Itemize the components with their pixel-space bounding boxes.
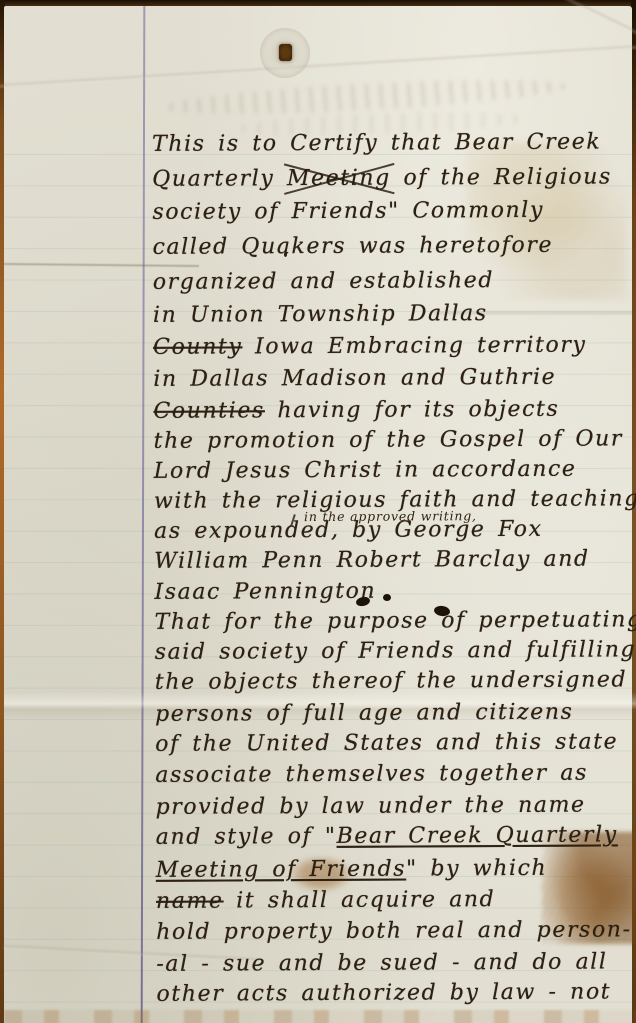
text-segment: Iowa Embracing territory: [242, 333, 586, 360]
manuscript-line: Lord Jesus Christ in accordance: [154, 457, 577, 484]
manuscript-line: hold property both real and person-: [156, 917, 632, 944]
interlinear-insertion: in the approved writing,: [304, 508, 477, 524]
text-segment: provided by law under the name: [155, 793, 585, 820]
manuscript-line: Quarterly Meeting of the Religious: [152, 164, 612, 191]
manuscript-line: and style of "Bear Creek Quarterly: [156, 822, 618, 849]
text-segment: Lord Jesus Christ in accordance: [154, 457, 577, 484]
text-segment: of the Religious: [391, 164, 612, 190]
text-segment: William Penn Robert Barclay and: [154, 547, 590, 574]
text-segment: in Union Township Dallas: [153, 301, 488, 328]
text-segment: persons of full age and citizens: [155, 700, 574, 727]
text-segment: of the United States and this state: [155, 729, 618, 756]
text-segment: society of Friends" Commonly: [152, 198, 544, 225]
text-segment: organized and established: [153, 268, 494, 295]
text-segment: This is to Certify that Bear Creek: [152, 130, 601, 157]
text-segment: said society of Friends and fulfilling: [155, 637, 636, 665]
text-segment: That for the purpose of perpetuating: [154, 607, 636, 635]
manuscript-line: This is to Certify that Bear Creek: [152, 130, 601, 157]
manuscript-line: Counties having for its objects: [153, 397, 559, 424]
manuscript-line: County Iowa Embracing territory: [153, 333, 586, 360]
manuscript-line: organized and established: [153, 268, 494, 295]
text-segment: -al - sue and be sued - and do all: [156, 949, 607, 976]
manuscript-line: society of Friends" Commonly: [152, 198, 544, 225]
manuscript-text: This is to Certify that Bear Creek Quart…: [1, 4, 634, 1023]
text-segment: having for its objects: [265, 397, 560, 424]
manuscript-line: called Quakers was heretofore: [153, 233, 554, 260]
manuscript-line: in Union Township Dallas: [153, 301, 488, 328]
text-segment: Quarterly: [152, 166, 287, 192]
manuscript-line: -al - sue and be sued - and do all: [156, 949, 607, 976]
manuscript-line: in Dallas Madison and Guthrie: [153, 365, 556, 392]
text-segment: called Quakers was heretofore: [153, 233, 554, 260]
crossed-out-word: Counties: [153, 398, 265, 424]
text-segment: the promotion of the Gospel of Our: [154, 426, 624, 453]
manuscript-line: other acts authorized by law - not: [156, 979, 611, 1006]
text-segment: hold property both real and person-: [156, 917, 632, 944]
text-segment: other acts authorized by law - not: [156, 979, 611, 1006]
manuscript-line: provided by law under the name: [155, 793, 585, 820]
manuscript-line: name it shall acquire and: [156, 887, 495, 914]
text-segment: it shall acquire and: [224, 887, 496, 913]
text-segment: and style of ": [156, 824, 337, 850]
text-segment: Isaac Pennington: [154, 579, 376, 605]
manuscript-line: persons of full age and citizens: [155, 700, 574, 727]
manuscript-line: William Penn Robert Barclay and: [154, 547, 590, 574]
photographed-manuscript-page: This is to Certify that Bear Creek Quart…: [0, 0, 636, 1023]
manuscript-line: Isaac Pennington: [154, 579, 376, 605]
underlined-name: Meeting of Friends: [156, 857, 406, 883]
manuscript-line: the objects thereof the undersigned: [155, 667, 627, 694]
text-segment: associate themselves together as: [155, 761, 588, 788]
manuscript-line: the promotion of the Gospel of Our: [154, 426, 624, 453]
crossed-out-word: Meeting: [287, 166, 391, 192]
manuscript-line: associate themselves together as: [155, 761, 588, 788]
underlined-name: Bear Creek Quarterly: [336, 822, 617, 848]
text-segment: the objects thereof the undersigned: [155, 667, 627, 694]
manuscript-line: That for the purpose of perpetuating: [154, 607, 636, 635]
crossed-out-word: County: [153, 334, 242, 359]
crossed-out-word: name: [156, 888, 224, 913]
manuscript-line: of the United States and this state: [155, 729, 618, 756]
manuscript-line: said society of Friends and fulfilling: [155, 637, 636, 665]
paper-sheet: This is to Certify that Bear Creek Quart…: [4, 6, 632, 1023]
manuscript-line: Meeting of Friends" by which: [156, 856, 548, 883]
text-segment: in Dallas Madison and Guthrie: [153, 365, 556, 392]
text-segment: " by which: [406, 856, 547, 882]
